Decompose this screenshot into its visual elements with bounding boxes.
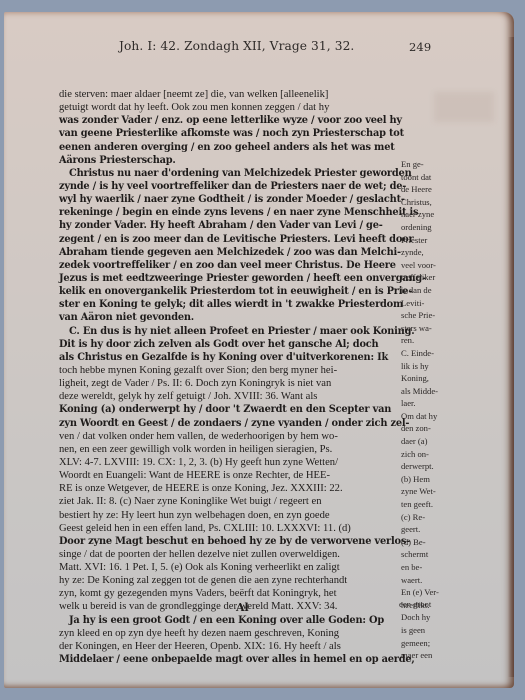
margin-note: maer een	[401, 649, 471, 662]
margin-note: naer zyne	[401, 208, 471, 221]
text-line: Geest geleid hen in een effen land, Ps. …	[59, 522, 399, 535]
text-line: kelik en onovergankelik Priesterdom tot …	[59, 285, 399, 298]
margin-note: Priester	[401, 234, 471, 247]
margin-note: (c) Re-	[401, 511, 471, 524]
text-line: zedek voortreffeliker / en zoo dan veel …	[59, 259, 399, 272]
margin-note: waert.	[401, 574, 471, 587]
margin-note: (d) Be-	[401, 536, 471, 549]
margin-note: daer (a)	[401, 435, 471, 448]
text-line: Aärons Priesterschap.	[59, 154, 399, 167]
text-line: Dit is hy door zich zelven als Godt over…	[59, 338, 399, 351]
margin-notes: En ge- toont dat de Heere Christus, naer…	[401, 158, 471, 662]
text-line: hy ze: De Koning zal zeggen tot de genen…	[59, 574, 399, 587]
margin-note: En (e) Ver-	[401, 586, 471, 599]
margin-note: is geen	[401, 624, 471, 637]
text-line: die sterven: maer aldaer [neemt ze] die,…	[59, 88, 399, 101]
text-line: als Christus en Gezalfde is hy Koning ov…	[59, 351, 399, 364]
margin-note: schermt	[401, 548, 471, 561]
text-line: C. En dus is hy niet alleen Profeet en P…	[59, 325, 399, 338]
margin-note: (b) Hem	[401, 473, 471, 486]
text-line: nen, en een zeer gewilligh volk worden i…	[59, 443, 399, 456]
text-line: welk u bereid is van de grondlegginge de…	[59, 600, 399, 613]
header-title: Joh. I: 42. Zondagh XII, Vrage 31, 32.	[119, 39, 354, 53]
margin-note: veel voor-	[401, 259, 471, 272]
margin-note: derwerpt.	[401, 460, 471, 473]
margin-note: Koning,	[401, 372, 471, 385]
text-line: Abraham tiende gegeven aen Melchizedek /…	[59, 246, 399, 259]
text-line: van Aäron niet gevonden.	[59, 311, 399, 324]
text-line: Christus nu naer d'ordening van Melchize…	[59, 167, 399, 180]
text-line: zyn, komt gy gezegenden myns Vaders, beë…	[59, 587, 399, 600]
text-line: bestiert hy ze: Hy leert hun zyn welbeha…	[59, 509, 399, 522]
text-line: zegent / en is zoo meer dan de Levitisch…	[59, 233, 399, 246]
margin-note: Christus,	[401, 196, 471, 209]
margin-note: C. Einde-	[401, 347, 471, 360]
text-line: ziet Jak. II: 8. (c) Naer zyne Koninglik…	[59, 495, 399, 508]
text-line: Woordt en Euangeli: Want de HEERE is onz…	[59, 469, 399, 482]
margin-note: zyne Wet-	[401, 485, 471, 498]
text-line: singe / dat de poorten der hellen dezelv…	[59, 548, 399, 561]
margin-note: de Heere	[401, 183, 471, 196]
text-line: toch hebbe mynen Koning gezalft over Sio…	[59, 364, 399, 377]
margin-note: ten geeft.	[401, 498, 471, 511]
text-line: deze wereldt, gelyk hy zelf getuigt / Jo…	[59, 390, 399, 403]
margin-note: gemeen;	[401, 637, 471, 650]
bleed-through-stain	[434, 92, 494, 122]
main-text-column: die sterven: maer aldaer [neemt ze] die,…	[59, 88, 399, 666]
margin-note: Leviti-	[401, 297, 471, 310]
running-header: Joh. I: 42. Zondagh XII, Vrage 31, 32. 2…	[119, 39, 354, 53]
text-line: getuigt wordt dat hy leeft. Ook zou men …	[59, 101, 399, 114]
margin-note: ordening	[401, 221, 471, 234]
text-line: Jezus is met eedtzweeringe Priester gewo…	[59, 272, 399, 285]
text-line: wyl hy waerlik / naer zyne Godtheit / is…	[59, 193, 399, 206]
margin-note: den zon-	[401, 422, 471, 435]
margin-note: zich on-	[401, 448, 471, 461]
text-line: Koning (a) onderwerpt hy / door 't Zwaer…	[59, 403, 399, 416]
page-number: 249	[409, 40, 431, 54]
text-line: zynde / is hy veel voortreffeliker dan d…	[59, 180, 399, 193]
text-line: RE is onze Wetgever, de HEERE is onze Ko…	[59, 482, 399, 495]
text-line: eenen anderen overging / en zoo geheel a…	[59, 141, 399, 154]
text-line: zyn Woordt en Geest / de zondaers / zyne…	[59, 417, 399, 430]
text-line: Matt. XVI: 16. 1 Pet. I, 5. (e) Ook als …	[59, 561, 399, 574]
margin-note: sters wa-	[401, 322, 471, 335]
text-line: hy zonder Vader. Hy heeft Abraham / den …	[59, 219, 399, 232]
margin-note: ren.	[401, 334, 471, 347]
text-line: XLV: 4-7. LXVIII: 19. CX: 1, 2, 3. (b) H…	[59, 456, 399, 469]
text-line: zyn kleed en op zyn dye heeft hy dezen n…	[59, 627, 399, 640]
catchword: Al	[236, 601, 249, 614]
margin-note: als Midde-	[401, 385, 471, 398]
margin-note: zynde,	[401, 246, 471, 259]
text-line: was zonder Vader / enz. op eene letterli…	[59, 114, 399, 127]
text-line: rekeninge / begin en einde zyns levens /…	[59, 206, 399, 219]
margin-note: geert.	[401, 523, 471, 536]
text-line: ven / dat volken onder hem vallen, de we…	[59, 430, 399, 443]
catchword-margin: een groot	[399, 599, 431, 609]
text-line: van geene Priesterlike afkomste was / no…	[59, 127, 399, 140]
text-line: der Koningen, en Heer der Heeren, Openb.…	[59, 640, 399, 653]
margin-note: en be-	[401, 561, 471, 574]
text-line: Middelaer / eene onbepaelde magt over al…	[59, 653, 399, 666]
text-line: ligheit, zegt de Vader / Ps. II: 6. Doch…	[59, 377, 399, 390]
margin-note: lik is hy	[401, 360, 471, 373]
book-page: Joh. I: 42. Zondagh XII, Vrage 31, 32. 2…	[4, 12, 514, 688]
margin-note: Om dat hy	[401, 410, 471, 423]
margin-note: sche Prie-	[401, 309, 471, 322]
margin-note: En ge-	[401, 158, 471, 171]
margin-note: toont dat	[401, 171, 471, 184]
margin-note: Doch hy	[401, 611, 471, 624]
margin-note: is dan de	[401, 284, 471, 297]
text-line: ster en Koning te gelyk; dit alles wierd…	[59, 298, 399, 311]
margin-note: treffeliker	[401, 271, 471, 284]
text-line: Ja hy is een groot Godt / en een Koning …	[59, 614, 399, 627]
text-line: Door zyne Magt beschut en behoed hy ze b…	[59, 535, 399, 548]
margin-note: laer.	[401, 397, 471, 410]
